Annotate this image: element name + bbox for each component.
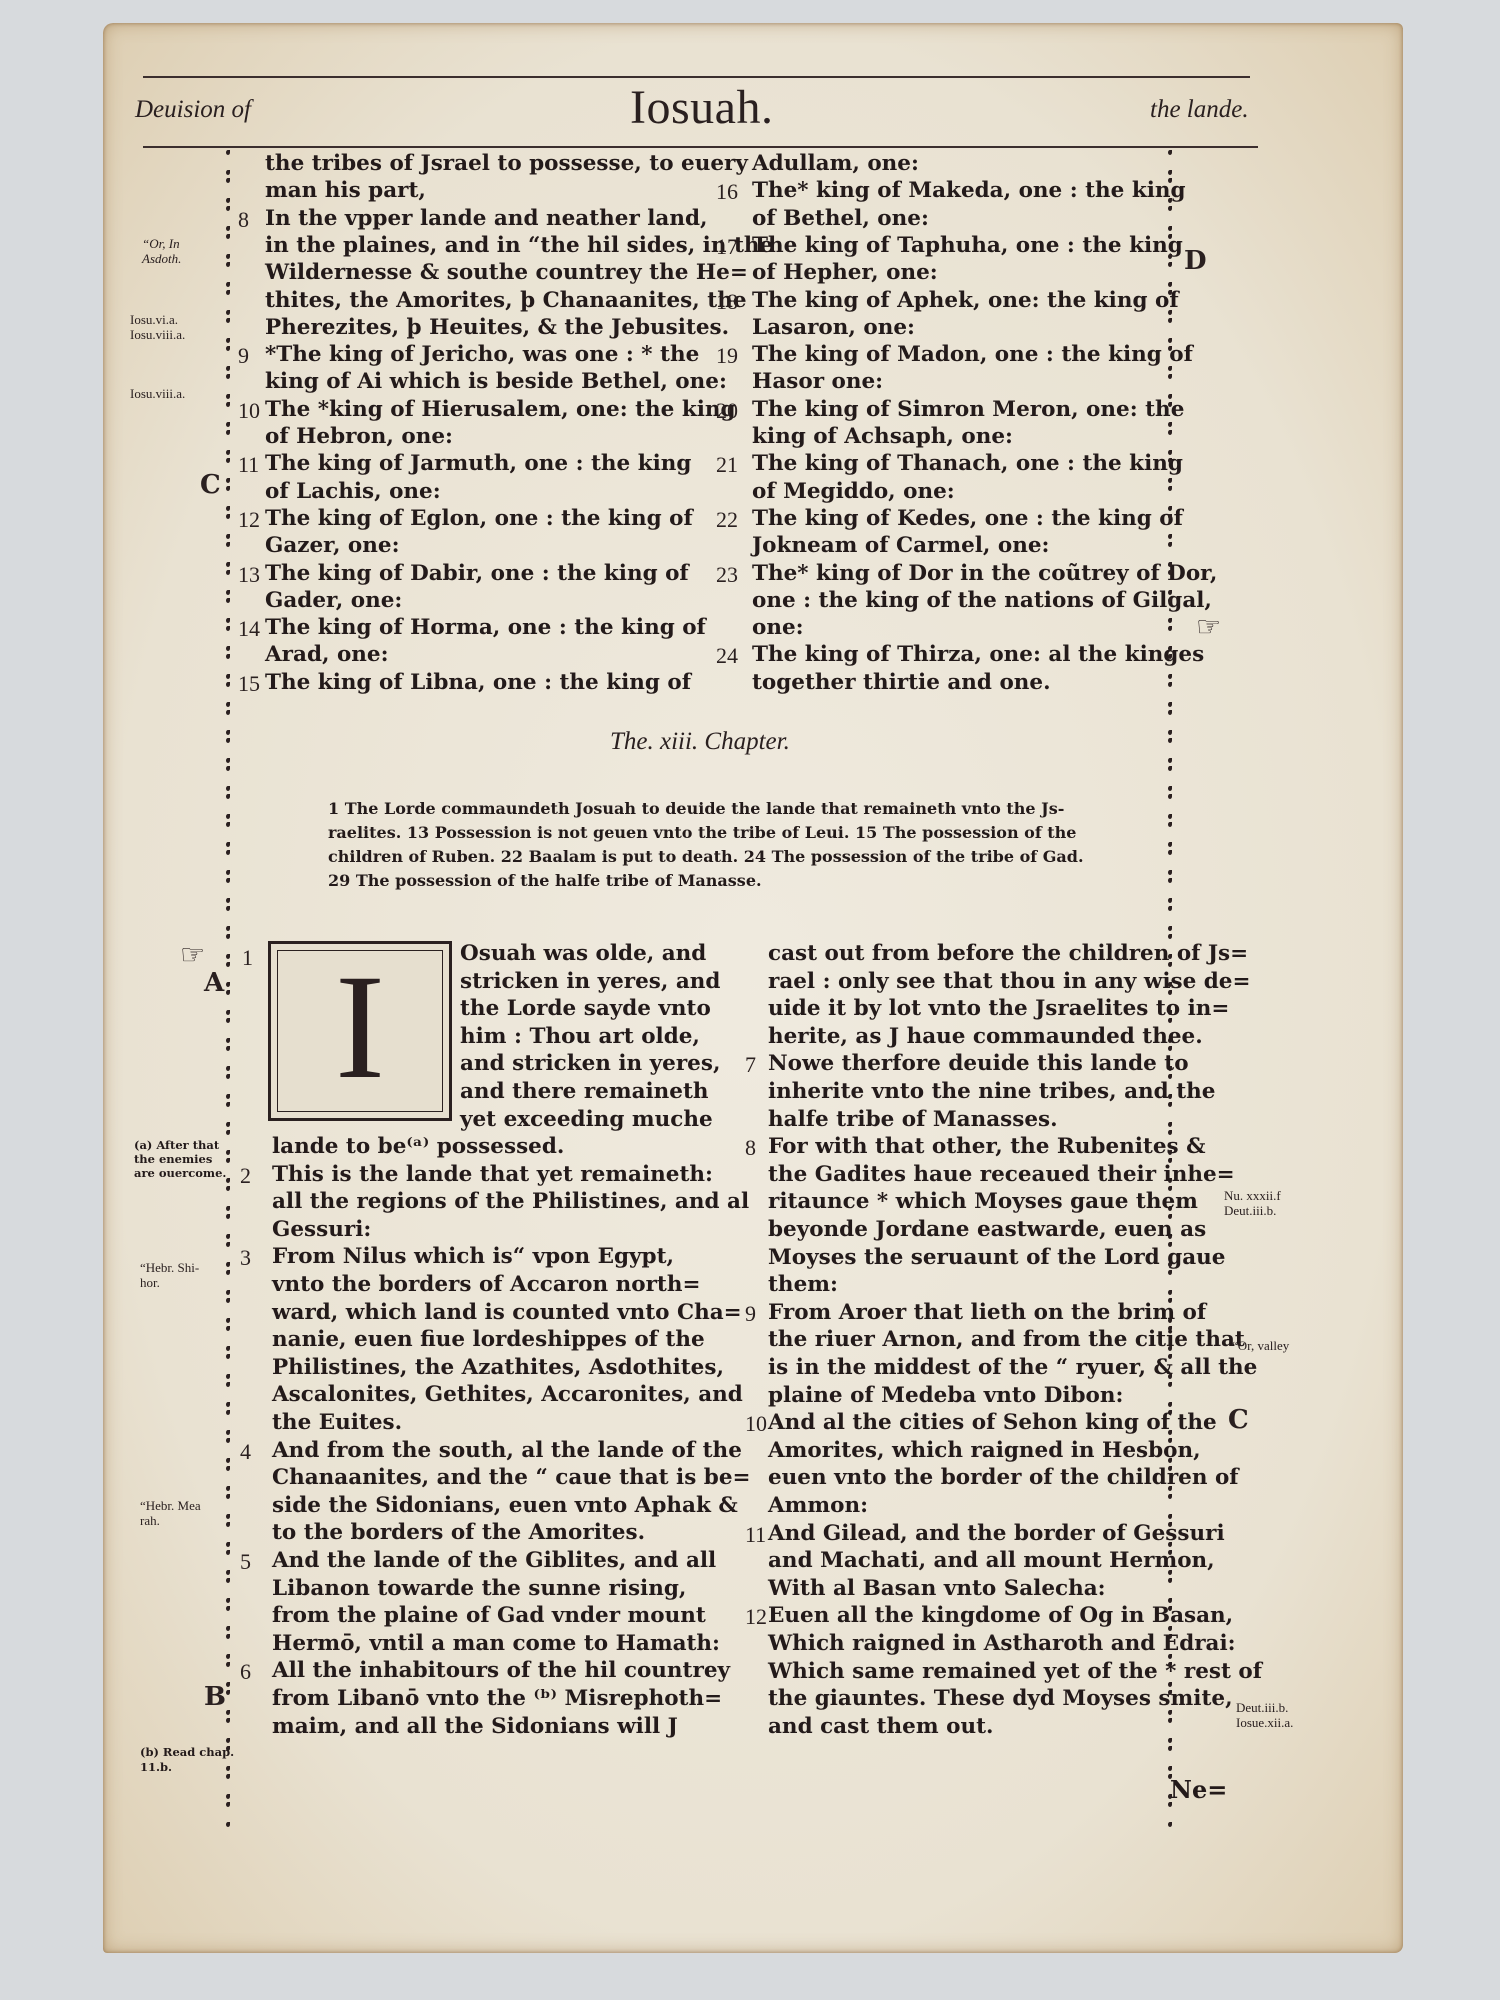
verse-number: 13 <box>238 562 260 588</box>
text-line: and Machati, and all mount Hermon, <box>768 1547 1215 1574</box>
text-line: The king of Kedes, one : the king of <box>752 505 1183 532</box>
summary-line: raelites. 13 Possession is not geuen vnt… <box>328 821 1084 845</box>
text-line: and cast them out. <box>768 1713 994 1740</box>
rule-dot <box>1168 262 1172 267</box>
verse-number: 23 <box>716 562 738 588</box>
text-line: Pherezites, þ Heuites, & the Jebusites. <box>265 314 729 341</box>
text-line: the Lorde sayde vnto <box>460 995 711 1022</box>
section-marker-c: C <box>1228 1405 1249 1435</box>
verse-number: 7 <box>745 1052 756 1078</box>
text-line: Lasaron, one: <box>752 314 915 341</box>
text-line: This is the lande that yet remaineth: <box>272 1161 713 1188</box>
text-line: of Hebron, one: <box>265 423 453 450</box>
rule-dot <box>226 1262 230 1267</box>
rule-dot <box>1168 338 1172 343</box>
margin-note-asdoth: “Or, In Asdoth. <box>142 236 181 266</box>
rule-dot <box>226 1626 230 1631</box>
rule-dot <box>226 1410 230 1415</box>
rule-dot <box>226 710 230 715</box>
text-line: And Gilead, and the border of Gessuri <box>768 1520 1225 1547</box>
section-marker-d: D <box>1184 246 1207 276</box>
rule-dot <box>226 1606 230 1611</box>
rule-dot <box>1168 206 1172 211</box>
rule-dot <box>226 366 230 371</box>
rule-dot <box>226 926 230 931</box>
text-line: ward, which land is counted vnto Cha= <box>272 1299 742 1326</box>
rule-dot <box>226 394 230 399</box>
rule-dot <box>226 842 230 847</box>
section-marker-c: C <box>200 470 221 500</box>
summary-line: 29 The possession of the halfe tribe of … <box>328 869 1084 893</box>
text-line: the Euites. <box>272 1409 402 1436</box>
rule-dot <box>226 1662 230 1667</box>
rule-dot <box>226 1570 230 1575</box>
rule-dot <box>226 1018 230 1023</box>
rule-dot <box>226 430 230 435</box>
rule-dot <box>1168 310 1172 315</box>
rule-dot <box>1168 290 1172 295</box>
running-head-left: Deuision of <box>135 96 251 124</box>
rule-dot <box>226 1214 230 1219</box>
text-line: Moyses the seruaunt of the Lord gaue <box>768 1244 1225 1271</box>
text-line: plaine of Medeba vnto Dibon: <box>768 1382 1123 1409</box>
chapter-summary: 1 The Lorde commaundeth Josuah to deuide… <box>328 797 1084 893</box>
rule-dot <box>1168 514 1172 519</box>
rule-dot <box>226 1206 230 1211</box>
rule-dot <box>226 402 230 407</box>
rule-dot <box>226 1822 230 1827</box>
text-line: Which same remained yet of the * rest of <box>768 1658 1262 1685</box>
text-line: The king of Thanach, one : the king <box>752 450 1183 477</box>
rule-dot <box>1168 794 1172 799</box>
rule-dot <box>226 898 230 903</box>
decorated-initial: I <box>268 941 452 1121</box>
rule-dot <box>226 374 230 379</box>
rule-dot <box>226 150 230 155</box>
text-line: vnto the borders of Accaron north= <box>272 1271 700 1298</box>
text-line: Adullam, one: <box>752 150 919 177</box>
text-line: the Gadites haue receaued their inhe= <box>768 1161 1235 1188</box>
verse-number: 12 <box>745 1604 767 1630</box>
header-top-rule <box>143 76 1250 78</box>
rule-dot <box>1168 926 1172 931</box>
rule-dot <box>226 1382 230 1387</box>
margin-note-line: “Or, valley <box>1232 1338 1289 1353</box>
rule-dot <box>1168 598 1172 603</box>
text-line: The king of Eglon, one : the king of <box>265 505 693 532</box>
text-line: *The king of Jericho, was one : * the <box>265 341 699 368</box>
text-line: all the regions of the Philistines, and … <box>272 1188 749 1215</box>
text-line: of Bethel, one: <box>752 205 929 232</box>
rule-dot <box>1168 1402 1172 1407</box>
text-line: For with that other, the Rubenites & <box>768 1133 1206 1160</box>
rule-dot <box>1168 570 1172 575</box>
rule-dot <box>1168 682 1172 687</box>
rule-dot <box>1168 1514 1172 1519</box>
text-line: nanie, euen fiue lordeshippes of the <box>272 1326 705 1353</box>
margin-note-line: Deut.iii.b. <box>1224 1203 1281 1218</box>
rule-dot <box>226 254 230 259</box>
text-line: man his part, <box>265 177 426 204</box>
rule-dot <box>226 1374 230 1379</box>
verse-number: 15 <box>238 671 260 697</box>
rule-dot <box>1168 766 1172 771</box>
verse-number: 16 <box>716 179 738 205</box>
verse-number: 5 <box>240 1549 251 1575</box>
verse-number: 14 <box>238 616 260 642</box>
rule-dot <box>226 618 230 623</box>
text-line: Wildernesse & southe countrey the He= <box>265 259 748 286</box>
rule-dot <box>226 982 230 987</box>
rule-dot <box>226 1710 230 1715</box>
margin-note-line: Iosu.viii.a. <box>130 327 185 342</box>
verse-number: 6 <box>240 1659 251 1685</box>
margin-note-cross-ref-2: Iosu.viii.a. <box>130 386 185 401</box>
rule-dot <box>226 234 230 239</box>
margin-note-deuteronomy: Deut.iii.b. Iosue.xii.a. <box>1236 1700 1293 1730</box>
text-line: of Lachis, one: <box>265 478 441 505</box>
text-line: Ammon: <box>768 1492 868 1519</box>
rule-dot <box>1168 346 1172 351</box>
rule-dot <box>226 878 230 883</box>
margin-note-line: 11.b. <box>140 1760 234 1775</box>
summary-line: children of Ruben. 22 Baalam is put to d… <box>328 845 1084 869</box>
rule-dot <box>1168 878 1172 883</box>
rule-dot <box>226 198 230 203</box>
rule-dot <box>1168 402 1172 407</box>
verse-number: 24 <box>716 643 738 669</box>
text-line: Nowe therfore deuide this lande to <box>768 1050 1189 1077</box>
rule-dot <box>226 1326 230 1331</box>
text-line: euen vnto the border of the children of <box>768 1464 1239 1491</box>
rule-dot <box>226 1122 230 1127</box>
text-line: Libanon towarde the sunne rising, <box>272 1575 686 1602</box>
rule-dot <box>226 534 230 539</box>
text-line: The king of Dabir, one : the king of <box>265 560 689 587</box>
rule-dot <box>226 1074 230 1079</box>
rule-dot <box>226 1010 230 1015</box>
verse-number: 19 <box>716 343 738 369</box>
rule-dot <box>226 1318 230 1323</box>
rule-dot <box>1168 1822 1172 1827</box>
rule-dot <box>1168 282 1172 287</box>
rule-dot <box>226 486 230 491</box>
margin-note-shihor: “Hebr. Shi- hor. <box>140 1260 199 1290</box>
rule-dot <box>1168 870 1172 875</box>
margin-note-line: Deut.iii.b. <box>1236 1700 1293 1715</box>
rule-dot <box>1168 422 1172 427</box>
rule-dot <box>1168 590 1172 595</box>
rule-dot <box>1168 226 1172 231</box>
rule-dot <box>1168 626 1172 631</box>
rule-dot <box>1168 822 1172 827</box>
rule-dot <box>1168 842 1172 847</box>
rule-dot <box>1168 646 1172 651</box>
rule-dot <box>226 1794 230 1799</box>
rule-dot <box>1168 458 1172 463</box>
rule-dot <box>226 562 230 567</box>
rule-dot <box>1168 234 1172 239</box>
section-marker-a: A <box>204 968 224 998</box>
text-line: from the plaine of Gad vnder mount <box>272 1602 706 1629</box>
rule-dot <box>1168 710 1172 715</box>
verse-number: 9 <box>745 1301 756 1327</box>
rule-dot <box>226 1682 230 1687</box>
rule-dot <box>1168 542 1172 547</box>
margin-note-numbers: Nu. xxxii.f Deut.iii.b. <box>1224 1188 1281 1218</box>
rule-dot <box>226 870 230 875</box>
rule-dot <box>1168 786 1172 791</box>
margin-note-line: (b) Read chap. <box>140 1745 234 1760</box>
text-line: cast out from before the children of Js= <box>768 940 1248 967</box>
rule-dot <box>226 1690 230 1695</box>
rule-dot <box>1168 562 1172 567</box>
verse-number: 8 <box>745 1135 756 1161</box>
rule-dot <box>226 626 230 631</box>
rule-dot <box>226 570 230 575</box>
rule-dot <box>1168 1746 1172 1751</box>
rule-dot <box>226 1102 230 1107</box>
text-line: Amorites, which raigned in Hesbon, <box>768 1437 1201 1464</box>
text-line: Gazer, one: <box>265 532 400 559</box>
text-line: king of Ai which is beside Bethel, one: <box>265 368 727 395</box>
verse-number: 22 <box>716 507 738 533</box>
verse-number: 10 <box>745 1411 767 1437</box>
text-line: and stricken in yeres, <box>460 1050 720 1077</box>
text-line: Gader, one: <box>265 587 402 614</box>
rule-dot <box>1168 430 1172 435</box>
rule-dot <box>1168 674 1172 679</box>
catchword: Ne= <box>1170 1775 1227 1804</box>
rule-dot <box>1168 1122 1172 1127</box>
text-line: is in the middest of the “ ryuer, & all … <box>768 1354 1257 1381</box>
rule-dot <box>226 786 230 791</box>
rule-dot <box>1168 374 1172 379</box>
rule-dot <box>226 590 230 595</box>
header-bottom-rule <box>143 146 1258 148</box>
rule-dot <box>226 1270 230 1275</box>
text-line: from Libanō vnto the ⁽ᵇ⁾ Misrephoth= <box>272 1685 722 1712</box>
rule-dot <box>226 1150 230 1155</box>
rule-dot <box>1168 730 1172 735</box>
verse-number: 20 <box>716 398 738 424</box>
text-line: The king of Horma, one : the king of <box>265 614 706 641</box>
text-line: Jokneam of Carmel, one: <box>752 532 1049 559</box>
text-line: In the vpper lande and neather land, <box>265 205 708 232</box>
rule-dot <box>226 478 230 483</box>
text-line: Osuah was olde, and <box>460 940 706 967</box>
verse-number: 4 <box>240 1439 251 1465</box>
rule-dot <box>1168 906 1172 911</box>
rule-dot <box>226 1430 230 1435</box>
rule-dot <box>226 206 230 211</box>
rule-dot <box>226 1654 230 1659</box>
rule-dot <box>226 758 230 763</box>
rule-dot <box>226 814 230 819</box>
rule-dot <box>1168 170 1172 175</box>
text-line: together thirtie and one. <box>752 669 1051 696</box>
rule-dot <box>1168 534 1172 539</box>
rule-dot <box>226 178 230 183</box>
text-line: uide it by lot vnto the Jsraelites to in… <box>768 995 1229 1022</box>
text-line: And the lande of the Giblites, and all <box>272 1547 716 1574</box>
margin-note-line: hor. <box>140 1275 199 1290</box>
rule-dot <box>226 170 230 175</box>
margin-note-line: Iosue.xii.a. <box>1236 1715 1293 1730</box>
rule-dot <box>226 1354 230 1359</box>
text-line: The king of Jarmuth, one : the king <box>265 450 691 477</box>
rule-dot <box>1168 254 1172 259</box>
text-line: The king of Simron Meron, one: the <box>752 396 1184 423</box>
verse-number: 8 <box>238 207 249 233</box>
chapter-heading: The. xiii. Chapter. <box>610 728 790 756</box>
rule-dot <box>1168 934 1172 939</box>
rule-dot <box>226 1550 230 1555</box>
rule-dot <box>226 450 230 455</box>
rule-dot <box>226 1186 230 1191</box>
rule-dot <box>1168 1738 1172 1743</box>
rule-dot <box>1168 814 1172 819</box>
rule-dot <box>226 954 230 959</box>
rule-dot <box>226 1038 230 1043</box>
text-line: Gessuri: <box>272 1216 371 1243</box>
text-line: thites, the Amorites, þ Chanaanites, the <box>265 287 747 314</box>
text-line: and there remaineth <box>460 1078 709 1105</box>
rule-dot <box>226 702 230 707</box>
rule-dot <box>1168 1578 1172 1583</box>
text-line: With al Basan vnto Salecha: <box>768 1575 1106 1602</box>
text-line: The *king of Hierusalem, one: the king <box>265 396 736 423</box>
rule-dot <box>226 1718 230 1723</box>
text-line: The king of Taphuha, one : the king <box>752 232 1183 259</box>
rule-dot <box>226 738 230 743</box>
rule-dot <box>226 794 230 799</box>
rule-dot <box>226 850 230 855</box>
text-line: rael : only see that thou in any wise de… <box>768 968 1251 995</box>
rule-dot <box>226 1458 230 1463</box>
page-title: Iosuah. <box>630 80 773 135</box>
section-marker-b: B <box>204 1682 226 1712</box>
text-line: him : Thou art olde, <box>460 1023 700 1050</box>
margin-note-mearah: “Hebr. Mea rah. <box>140 1498 201 1528</box>
rule-dot <box>226 318 230 323</box>
rule-dot <box>226 1598 230 1603</box>
text-line: of Megiddo, one: <box>752 478 955 505</box>
text-line: The king of Thirza, one: al the kinges <box>752 641 1204 668</box>
text-line: maim, and all the Sidonians will J <box>272 1713 678 1740</box>
margin-note-cross-ref-1: Iosu.vi.a. Iosu.viii.a. <box>130 312 185 342</box>
text-line: inherite vnto the nine tribes, and the <box>768 1078 1215 1105</box>
rule-dot <box>226 1522 230 1527</box>
text-line: king of Achsaph, one: <box>752 423 1013 450</box>
rule-dot <box>226 290 230 295</box>
summary-line: 1 The Lorde commaundeth Josuah to deuide… <box>328 797 1084 821</box>
verse-number: 1 <box>242 945 253 971</box>
rule-dot <box>1168 738 1172 743</box>
rule-dot <box>226 1578 230 1583</box>
rule-dot <box>226 1234 230 1239</box>
text-line: side the Sidonians, euen vnto Aphak & <box>272 1492 738 1519</box>
rule-dot <box>226 1802 230 1807</box>
text-line: From Nilus which is“ vpon Egypt, <box>272 1243 674 1270</box>
text-line: Philistines, the Azathites, Asdothites, <box>272 1354 724 1381</box>
text-line: Euen all the kingdome of Og in Basan, <box>768 1602 1233 1629</box>
text-line: of Hepher, one: <box>752 259 938 286</box>
margin-note-a: (a) After that the enemies are ouercome. <box>134 1138 226 1180</box>
rule-dot <box>1168 478 1172 483</box>
rule-dot <box>226 458 230 463</box>
rule-dot <box>226 1494 230 1499</box>
initial-letter: I <box>335 952 385 1102</box>
rule-dot <box>226 1046 230 1051</box>
rule-dot <box>226 1514 230 1519</box>
verse-number: 10 <box>238 398 260 424</box>
verse-number: 11 <box>238 452 259 478</box>
rule-dot <box>1168 178 1172 183</box>
rule-dot <box>226 1178 230 1183</box>
text-line: The king of Libna, one : the king of <box>265 669 691 696</box>
text-line: All the inhabitours of the hil countrey <box>272 1657 730 1684</box>
rule-dot <box>1168 1766 1172 1771</box>
verse-number: 9 <box>238 343 249 369</box>
rule-dot <box>226 506 230 511</box>
text-line: to the borders of the Amorites. <box>272 1519 645 1546</box>
text-line: Arad, one: <box>265 641 389 668</box>
rule-dot <box>226 682 230 687</box>
text-line: ritaunce * which Moyses gaue them <box>768 1188 1198 1215</box>
running-head-right: the lande. <box>1150 96 1249 124</box>
rule-dot <box>1168 654 1172 659</box>
text-line: one: <box>752 614 804 641</box>
margin-note-line: the enemies <box>134 1152 226 1166</box>
rule-dot <box>226 346 230 351</box>
margin-note-line: Iosu.viii.a. <box>130 386 185 401</box>
rule-dot <box>1168 366 1172 371</box>
rule-dot <box>1168 318 1172 323</box>
rule-dot <box>226 1466 230 1471</box>
manicule-icon: ☞ <box>180 938 205 972</box>
text-line: The* king of Makeda, one : the king <box>752 177 1186 204</box>
rule-dot <box>1168 198 1172 203</box>
rule-dot <box>226 226 230 231</box>
rule-dot <box>226 1486 230 1491</box>
rule-dot <box>226 906 230 911</box>
text-line: The* king of Dor in the coũtrey of Dor, <box>752 560 1217 587</box>
margin-note-line: “Or, In <box>142 236 181 251</box>
rule-dot <box>226 1094 230 1099</box>
rule-dot <box>226 1130 230 1135</box>
rule-dot <box>1168 506 1172 511</box>
rule-dot <box>226 674 230 679</box>
rule-dot <box>226 1634 230 1639</box>
text-line: stricken in yeres, and <box>460 968 720 995</box>
margin-note-line: Nu. xxxii.f <box>1224 1188 1281 1203</box>
verse-number: 18 <box>716 289 738 315</box>
rule-dot <box>226 1542 230 1547</box>
rule-dot <box>1168 1270 1172 1275</box>
text-line: in the plaines, and in “the hil sides, i… <box>265 232 773 259</box>
text-line: From Aroer that lieth on the brim of <box>768 1299 1206 1326</box>
margin-note-line: (a) After that <box>134 1138 226 1152</box>
verse-number: 3 <box>240 1245 251 1271</box>
text-line: And from the south, al the lande of the <box>272 1437 742 1464</box>
text-line: lande to be⁽ᵃ⁾ possessed. <box>272 1133 564 1160</box>
rule-dot <box>226 310 230 315</box>
rule-dot <box>226 990 230 995</box>
verse-number: 17 <box>716 234 738 260</box>
rule-dot <box>226 422 230 427</box>
text-line: the tribes of Jsrael to possesse, to eue… <box>265 150 748 177</box>
